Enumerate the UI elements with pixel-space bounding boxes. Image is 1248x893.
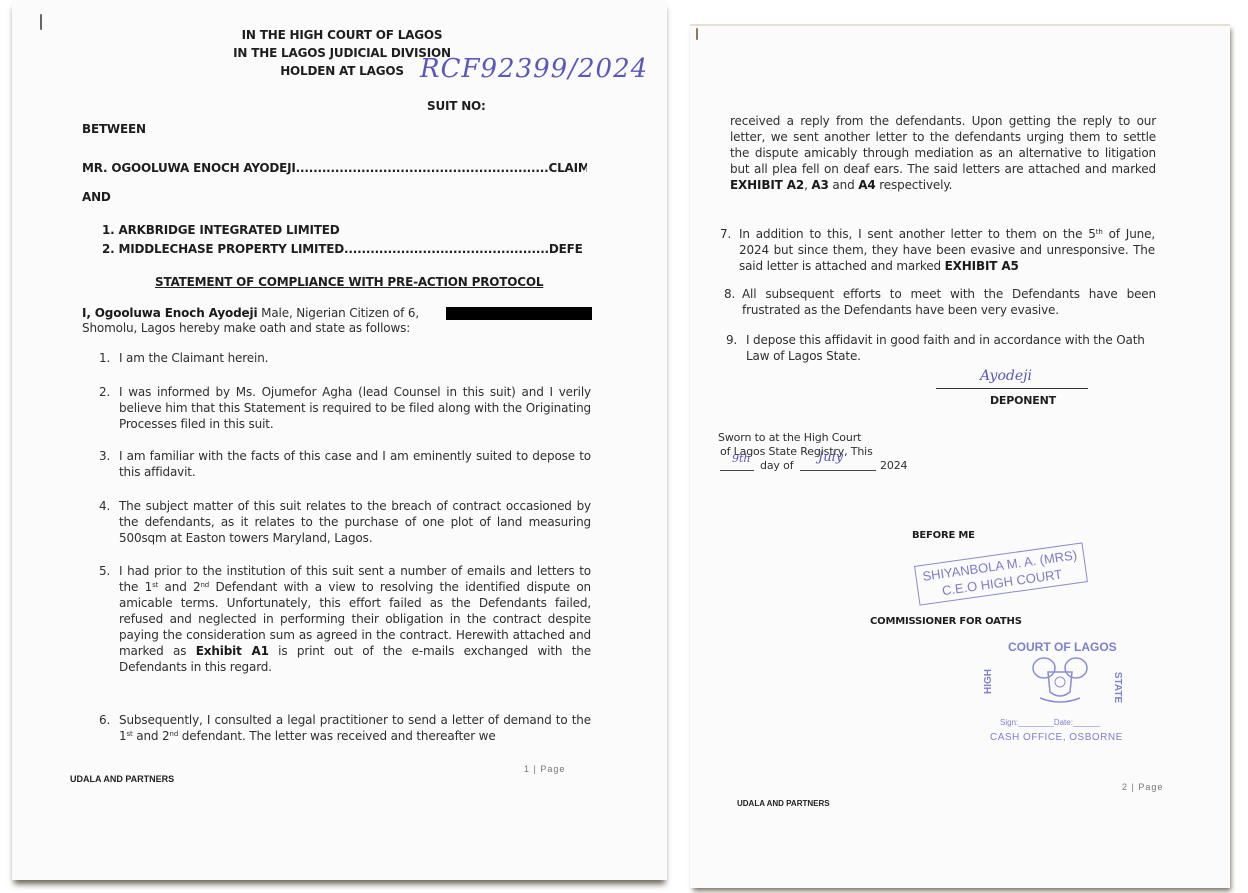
between-label: BETWEEN	[82, 122, 146, 136]
paragraph-7: In addition to this, I sent another lett…	[739, 226, 1155, 274]
intro-line-2: Shomolu, Lagos hereby make oath and stat…	[82, 320, 410, 336]
document-title: STATEMENT OF COMPLIANCE WITH PRE-ACTION …	[155, 275, 543, 289]
seal-top-text: COURT OF LAGOS	[1008, 640, 1117, 654]
page-number: 1 | Page	[524, 764, 565, 774]
coat-of-arms-icon	[1030, 654, 1090, 706]
staple-mark	[40, 14, 42, 30]
day-of-label: day of	[760, 458, 793, 474]
deponent-signature: Ayodeji	[980, 368, 1032, 384]
paragraph-6: Subsequently, I consulted a legal practi…	[119, 712, 591, 744]
firm-footer: UDALA AND PARTNERS	[70, 774, 174, 784]
handwritten-day: 9th	[732, 452, 751, 465]
paragraph-8: All subsequent efforts to meet with the …	[742, 286, 1156, 318]
paragraph-number: 9.	[726, 332, 737, 348]
and-label: AND	[82, 190, 111, 204]
defendant-2: 2. MIDDLECHASE PROPERTY LIMITED.........…	[102, 242, 582, 256]
deponent-label: DEPONENT	[990, 394, 1056, 407]
paragraph-number: 1.	[99, 350, 110, 366]
paragraph-number: 2.	[99, 384, 110, 400]
seal-left-text: HIGH	[983, 669, 994, 694]
paragraph-2: I was informed by Ms. Ojumefor Agha (lea…	[119, 384, 591, 432]
exhibit-a2-ref: EXHIBIT A2	[730, 178, 804, 192]
handwritten-month: July	[818, 450, 843, 465]
court-title-line-1: IN THE HIGH COURT OF LAGOS	[182, 28, 502, 42]
day-blank	[720, 470, 754, 471]
paragraph-number: 6.	[99, 712, 110, 728]
paragraph-5: I had prior to the institution of this s…	[119, 563, 591, 675]
signature-line	[936, 388, 1088, 389]
suit-no-label: SUIT NO:	[427, 99, 486, 113]
paragraph-4: The subject matter of this suit relates …	[119, 498, 591, 546]
paragraph-9: I depose this affidavit in good faith an…	[746, 332, 1156, 364]
handwritten-suit-number: RCF92399/2024	[420, 54, 648, 84]
paragraph-1: I am the Claimant herein.	[119, 350, 589, 366]
page-number: 2 | Page	[1122, 782, 1163, 792]
paragraph-3: I am familiar with the facts of this cas…	[119, 448, 591, 480]
firm-footer: UDALA AND PARTNERS	[737, 799, 830, 808]
deponent-name: I, Ogooluwa Enoch Ayodeji	[82, 306, 257, 320]
paragraph-number: 7.	[720, 226, 731, 242]
before-me-label: BEFORE ME	[912, 530, 975, 541]
exhibit-a3-ref: A3	[811, 178, 828, 192]
sworn-year: 2024	[880, 458, 907, 474]
defendant-1: 1. ARKBRIDGE INTEGRATED LIMITED	[102, 223, 339, 237]
affidavit-page-1: IN THE HIGH COURT OF LAGOS IN THE LAGOS …	[12, 0, 667, 880]
seal-right-text: STATE	[1112, 672, 1123, 703]
intro-line-1: I, Ogooluwa Enoch Ayodeji Male, Nigerian…	[82, 305, 419, 321]
paragraph-number: 4.	[99, 498, 110, 514]
exhibit-a5-ref: EXHIBIT A5	[945, 259, 1019, 273]
commissioner-label: COMMISSIONER FOR OATHS	[870, 616, 1022, 627]
paragraph-6-continuation: received a reply from the defendants. Up…	[730, 113, 1156, 193]
commissioner-stamp: SHIYANBOLA M. A. (MRS) C.E.O HIGH COURT	[914, 542, 1088, 605]
paragraph-number: 8.	[724, 286, 735, 302]
affidavit-page-2: received a reply from the defendants. Up…	[690, 24, 1230, 888]
exhibit-a1-ref: Exhibit A1	[196, 644, 269, 658]
paragraph-number: 3.	[99, 448, 110, 464]
staple-mark	[696, 28, 698, 40]
redaction-bar	[446, 307, 592, 320]
seal-sign-date: Sign:________Date:______	[1000, 718, 1100, 727]
exhibit-a4-ref: A4	[858, 178, 875, 192]
paragraph-number: 5.	[99, 563, 110, 579]
seal-bottom-text: CASH OFFICE, OSBORNE	[990, 732, 1123, 743]
intro-text: Male, Nigerian Citizen of 6,	[257, 306, 419, 320]
claimant-line: MR. OGOOLUWA ENOCH AYODEJI..............…	[82, 161, 587, 175]
month-blank	[800, 470, 876, 471]
